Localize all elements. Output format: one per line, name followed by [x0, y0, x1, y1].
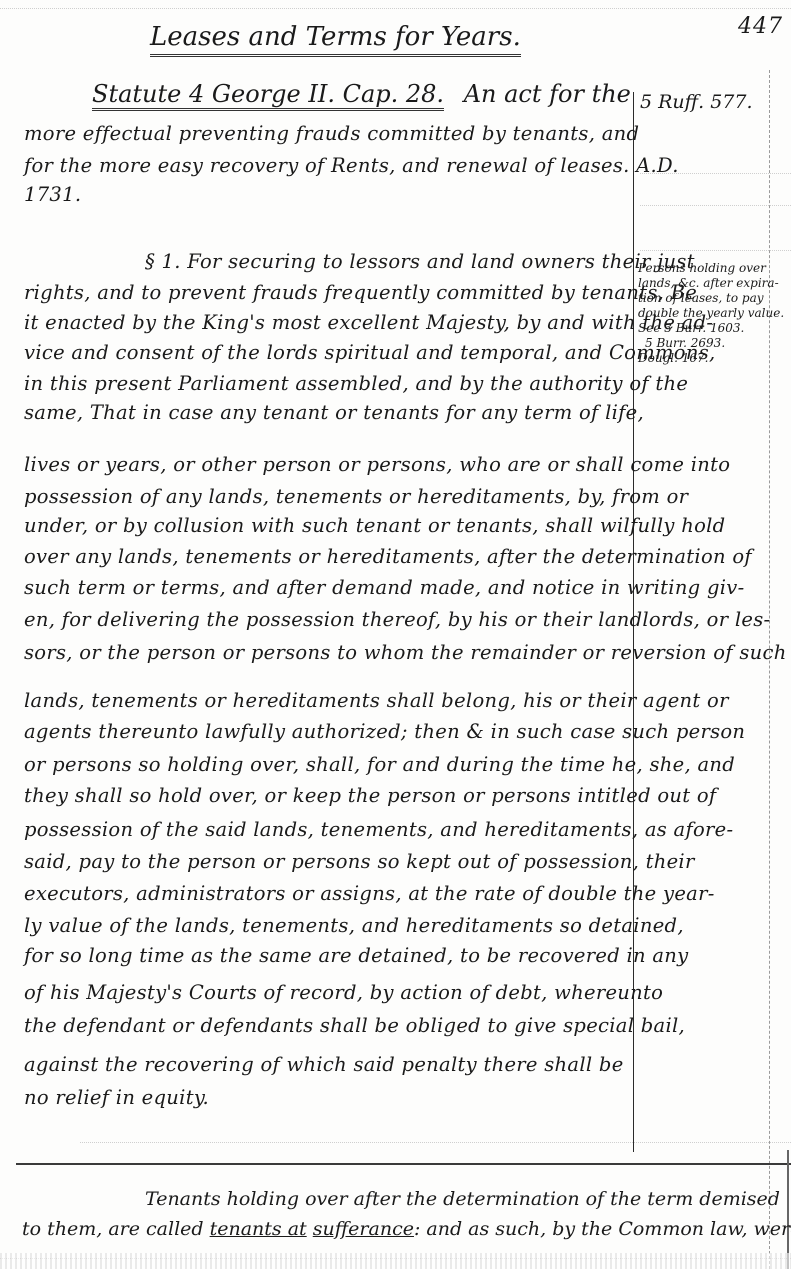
section-line: under, or by collusion with such tenant … — [24, 516, 725, 536]
section-line: ly value of the lands, tenements, and he… — [24, 916, 684, 936]
section-line: executors, administrators or assigns, at… — [24, 884, 715, 904]
section-line: sors, or the person or persons to whom t… — [24, 643, 787, 663]
section-line: against the recovering of which said pen… — [24, 1055, 624, 1075]
statute-title-line: Statute 4 George II. Cap. 28. An act for… — [92, 80, 631, 108]
page-number: 447 — [738, 14, 783, 39]
manuscript-page: 447 Leases and Terms for Years. Statute … — [0, 0, 791, 1269]
section-line: lands, tenements or hereditaments shall … — [24, 691, 729, 711]
section-line: no relief in equity. — [24, 1088, 209, 1108]
section-line: agents thereunto lawfully authorized; th… — [24, 722, 745, 742]
section-divider — [16, 1163, 791, 1165]
margin-note-line: Dougl. 167. — [638, 352, 708, 364]
section-line: rights, and to prevent frauds frequently… — [24, 283, 697, 303]
footer-line: Tenants holding over after the determina… — [145, 1188, 780, 1210]
section-line: vice and consent of the lords spiritual … — [24, 343, 716, 363]
footer-underlined-term: sufferance — [313, 1218, 414, 1240]
page-heading: Leases and Terms for Years. — [150, 22, 521, 57]
ruled-line — [0, 8, 791, 9]
margin-note-line: lands, &c. after expira- — [638, 277, 779, 289]
section-line: § 1. For securing to lessors and land ow… — [145, 252, 695, 272]
statute-title-start: An act for the — [464, 80, 631, 108]
section-line: the defendant or defendants shall be obl… — [24, 1016, 685, 1036]
section-line: of his Majesty's Courts of record, by ac… — [24, 983, 663, 1003]
section-line: possession of the said lands, tenements,… — [24, 820, 733, 840]
section-line: or persons so holding over, shall, for a… — [24, 755, 735, 775]
page-edge — [787, 1150, 789, 1269]
section-line: they shall so hold over, or keep the per… — [24, 786, 716, 806]
section-line: in this present Parliament assembled, an… — [24, 374, 688, 394]
section-line: such term or terms, and after demand mad… — [24, 578, 744, 598]
scan-noise — [0, 1253, 791, 1269]
margin-note-line: 5 Burr. 2693. — [645, 337, 725, 349]
margin-note-line: tion of leases, to pay — [638, 292, 764, 304]
section-line: over any lands, tenements or hereditamen… — [24, 547, 752, 567]
section-line: possession of any lands, tenements or he… — [24, 487, 688, 507]
intro-line: 1731. — [24, 185, 81, 205]
footer-underlined-term: tenants at — [210, 1218, 307, 1240]
margin-note-line: double the yearly value. — [638, 307, 784, 319]
footer-text: : and as such, by the Common law, were — [414, 1218, 791, 1240]
intro-line: more effectual preventing frauds committ… — [24, 124, 639, 144]
margin-note-line: See 3 Burr. 1603. — [638, 322, 744, 334]
section-line: said, pay to the person or persons so ke… — [24, 852, 695, 872]
intro-line: for the more easy recovery of Rents, and… — [24, 156, 679, 176]
footer-line: to them, are called tenants at sufferanc… — [22, 1218, 791, 1240]
section-line: for so long time as the same are detaine… — [24, 946, 688, 966]
margin-note-line: Persons holding over — [638, 262, 766, 274]
statute-reference: Statute 4 George II. Cap. 28. — [92, 80, 444, 111]
section-line: it enacted by the King's most excellent … — [24, 313, 713, 333]
ruled-line — [80, 1142, 791, 1143]
outer-margin-rule — [769, 70, 770, 1269]
section-line: same, That in case any tenant or tenants… — [24, 403, 644, 423]
footer-text: to them, are called — [22, 1218, 204, 1240]
section-line: lives or years, or other person or perso… — [24, 455, 730, 475]
section-line: en, for delivering the possession thereo… — [24, 610, 770, 630]
margin-reference: 5 Ruff. 577. — [640, 93, 753, 112]
